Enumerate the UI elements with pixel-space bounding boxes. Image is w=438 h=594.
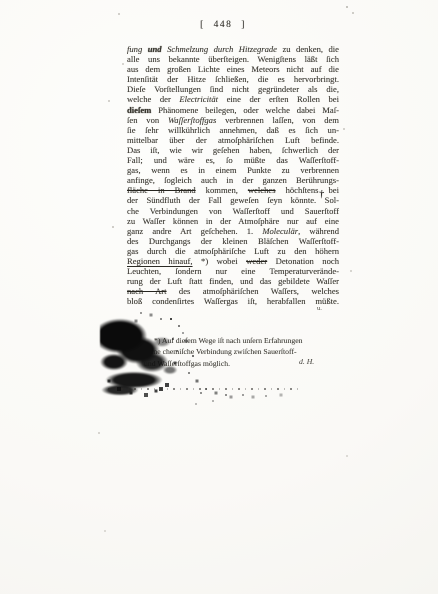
text-line-segment: Phänomene beilegen, oder welche dabei Ma… [151, 105, 339, 115]
body-text: fung und Schmelzung durch Hitzegrade zu … [127, 44, 339, 306]
text-line-3: aus dem großen Lichte eines Meteors nich… [127, 64, 339, 74]
text-line-segment: des atmoſphäriſchen Waſſers, welches [167, 286, 339, 296]
text-line-21: gas durch die atmoſphäriſche Luft zu den… [127, 246, 339, 256]
text-line-9: ſie ſehr willkührlich annehmen, daß es ſ… [127, 125, 339, 135]
text-line-13: gas, wenn es in einem Punkte zu verbrenn… [127, 165, 339, 175]
text-line-6: welche der Electricität eine der erſten … [127, 94, 339, 104]
text-line-segment: che Verbindungen von Waſſerſtoff und Sau… [127, 206, 339, 216]
text-line-segment: rung der Luft ſtatt finden, und das gebi… [127, 276, 339, 286]
text-line-segment: ganz andre Art geſchehen. 1. [127, 226, 262, 236]
text-line-segment: Regionen hinauf, [127, 256, 193, 266]
text-line-segment: verbrennen laſſen, von dem [216, 115, 339, 125]
text-line-segment: Fall; und wäre es, ſo müßte das Waſſerſt… [127, 155, 339, 165]
text-line-segment: anfinge, ſogleich auch in der ganzen Ber… [127, 175, 339, 185]
text-line-segment: weder [246, 256, 267, 266]
text-line-segment: Schmelzung durch Hitzegrade [162, 44, 277, 54]
text-line-19: ganz andre Art geſchehen. 1. Moleculär, … [127, 226, 339, 236]
text-line-segment: fläche in Brand [127, 185, 196, 195]
text-line-segment: und [148, 44, 162, 54]
paper-specks [0, 0, 2, 2]
text-line-segment: aus dem großen Lichte eines Meteors nich… [127, 64, 339, 74]
text-line-segment: Moleculär [262, 226, 298, 236]
text-line-segment: alle uns bekannte überſteigen. Wenigſten… [127, 54, 339, 64]
text-line-segment: Intenſität der Hitze ſchließen, die es h… [127, 74, 339, 84]
text-line-segment: zu Waſſer können in der Atmoſphäre nur a… [127, 216, 339, 226]
text-line-14: anfinge, ſogleich auch in der ganzen Ber… [127, 175, 339, 185]
margin-annotation-mark: † [319, 189, 325, 200]
text-line-segment: welches [248, 185, 276, 195]
ink-blot-speckle-band [108, 388, 300, 390]
text-line-1: fung und Schmelzung durch Hitzegrade zu … [127, 44, 339, 54]
catchword: u. [317, 305, 322, 312]
text-line-segment: der Sündfluth der Fall geweſen ſeyn könn… [127, 195, 339, 205]
text-line-4: Intenſität der Hitze ſchließen, die es h… [127, 74, 339, 84]
text-line-26: bloß condenſirtes Waſſergas iſt, herabfa… [127, 296, 339, 306]
text-line-segment: Detonation noch [267, 256, 339, 266]
text-line-22: Regionen hinauf, *) wobei weder Detonati… [127, 256, 339, 266]
text-line-23: Leuchten, ſondern nur eine Temperaturver… [127, 266, 339, 276]
text-line-16: der Sündfluth der Fall geweſen ſeyn könn… [127, 195, 339, 205]
text-line-18: zu Waſſer können in der Atmoſphäre nur a… [127, 216, 339, 226]
scanned-page: [ 448 ] fung und Schmelzung durch Hitzeg… [0, 0, 438, 594]
text-line-segment: gas durch die atmoſphäriſche Luft zu den… [127, 246, 339, 256]
text-line-8: ſen von Waſſerſtoffgas verbrennen laſſen… [127, 115, 339, 125]
text-line-segment: des Durchgangs der kleinen Bläſchen Waſſ… [127, 236, 339, 246]
ink-blot [100, 310, 232, 400]
text-line-24: rung der Luft ſtatt finden, und das gebi… [127, 276, 339, 286]
text-line-segment: Leuchten, ſondern nur eine Temperaturver… [127, 266, 339, 276]
text-line-segment: ſen von [127, 115, 168, 125]
footnote-signature: d. H. [299, 357, 314, 366]
text-line-segment: fung [127, 44, 148, 54]
text-line-segment: nach Art [127, 286, 167, 296]
text-line-segment: Electricität [179, 94, 218, 104]
text-line-segment: gas, wenn es in einem Punkte zu verbrenn… [127, 165, 339, 175]
text-line-15: fläche in Brand kommen, welches höchſten… [127, 185, 339, 195]
text-line-segment: bloß condenſirtes Waſſergas iſt, herabfa… [127, 296, 339, 306]
text-line-segment: eine der erſten Rollen bei [218, 94, 339, 104]
text-line-25: nach Art des atmoſphäriſchen Waſſers, we… [127, 286, 339, 296]
text-line-segment: welche der [127, 94, 179, 104]
text-line-20: des Durchgangs der kleinen Bläſchen Waſſ… [127, 236, 339, 246]
text-line-segment: *) wobei [193, 256, 247, 266]
text-line-5: Dieſe Vorſtellungen ſind nicht gegründet… [127, 84, 339, 94]
text-line-segment: ſie ſehr willkührlich annehmen, daß es ſ… [127, 125, 339, 135]
text-line-11: Das iſt, wie wir geſehen haben, ſchwerli… [127, 145, 339, 155]
text-line-12: Fall; und wäre es, ſo müßte das Waſſerſt… [127, 155, 339, 165]
text-line-segment: Dieſe Vorſtellungen ſind nicht gegründet… [127, 84, 339, 94]
text-line-segment: , während [298, 226, 339, 236]
page-number: [ 448 ] [110, 20, 336, 30]
text-line-segment: Das iſt, wie wir geſehen haben, ſchwerli… [127, 145, 339, 155]
text-line-segment: mittelbar über der atmoſphäriſchen Luft … [127, 135, 339, 145]
text-line-2: alle uns bekannte überſteigen. Wenigſten… [127, 54, 339, 64]
ink-blot-spray [100, 310, 102, 312]
text-line-segment: Waſſerſtoffgas [168, 115, 216, 125]
text-line-segment: zu denken, die [277, 44, 339, 54]
text-line-7: dieſem Phänomene beilegen, oder welche d… [127, 105, 339, 115]
text-line-17: che Verbindungen von Waſſerſtoff und Sau… [127, 206, 339, 216]
text-line-segment: höchſtens bei [276, 185, 339, 195]
text-line-10: mittelbar über der atmoſphäriſchen Luft … [127, 135, 339, 145]
text-line-segment: kommen, [196, 185, 248, 195]
text-line-segment: dieſem [127, 105, 151, 115]
